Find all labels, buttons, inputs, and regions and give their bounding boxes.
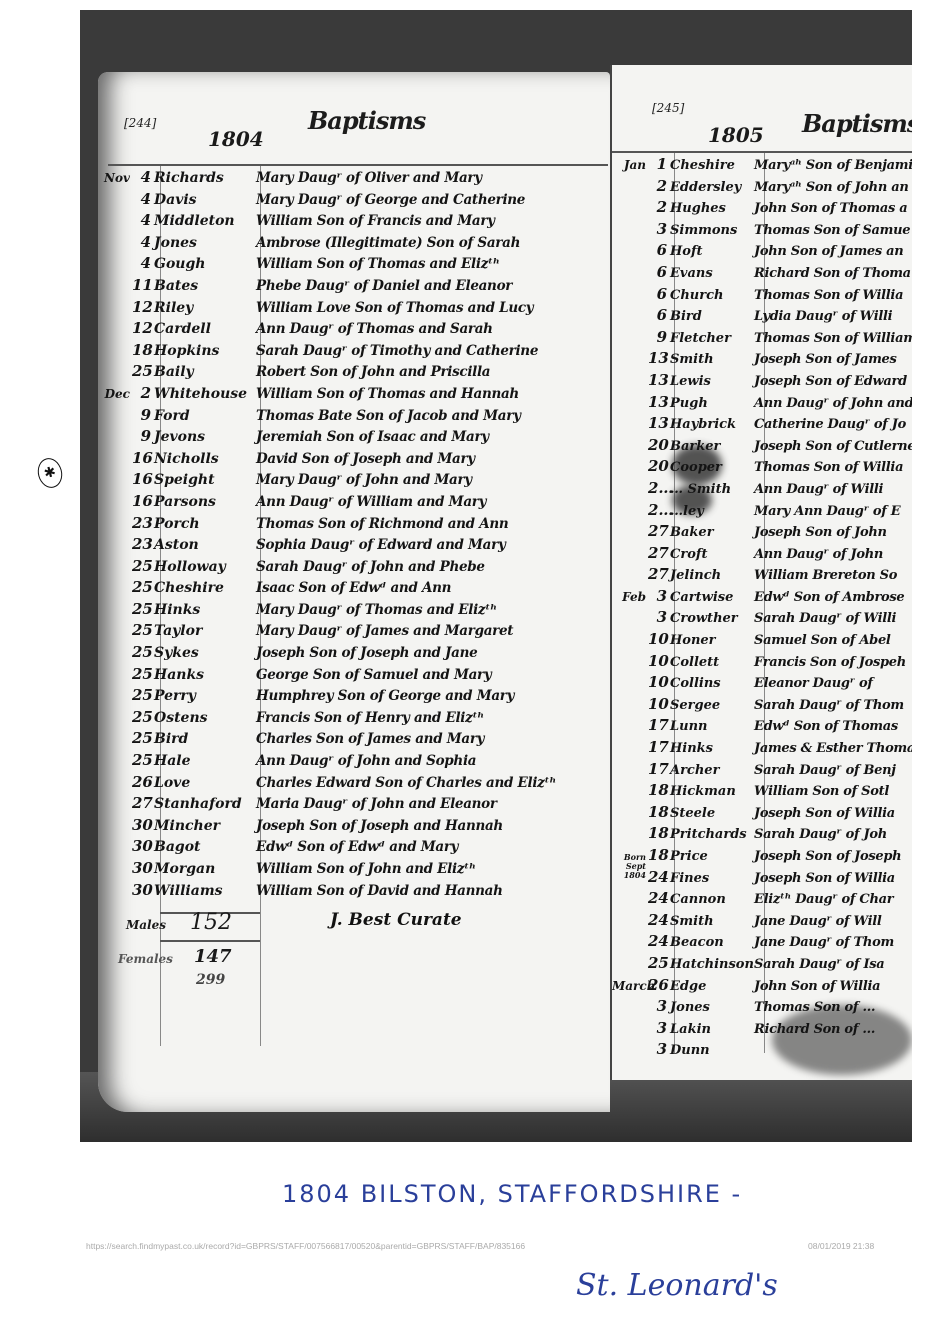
right-page: [245] 1805 Baptisms Jan1CheshireMaryᵃʰ S… <box>610 65 912 1080</box>
parish-annotation: St. Leonard's <box>576 1268 778 1303</box>
register-entry: 13PughAnn Daugʳ of John and <box>612 393 912 415</box>
register-entry: 4DavisMary Daugʳ of George and Catherine <box>98 190 556 212</box>
register-entry: 13HaybrickCatherine Daugʳ of Jo <box>612 414 912 436</box>
register-entry: 2…… SmithAnn Daugʳ of Willi <box>612 479 912 501</box>
register-entry: 3SimmonsThomas Son of Samue <box>612 220 912 242</box>
grand-total: 299 <box>196 972 225 988</box>
register-entry: 18HickmanWilliam Son of Sotl <box>612 781 912 803</box>
register-entry: 26LoveCharles Edward Son of Charles and … <box>98 773 556 795</box>
register-entry: Dec2WhitehouseWilliam Son of Thomas and … <box>98 384 556 406</box>
register-entry: 3JonesThomas Son of … <box>612 997 912 1019</box>
register-entry: 12CardellAnn Daugʳ of Thomas and Sarah <box>98 319 556 341</box>
register-entry: 6BirdLydia Daugʳ of Willi <box>612 306 912 328</box>
register-entry: 30WilliamsWilliam Son of David and Hanna… <box>98 881 556 903</box>
register-entry: 30BagotEdwᵈ Son of Edwᵈ and Mary <box>98 837 556 859</box>
register-entry: 27JelinchWilliam Brereton So <box>612 565 912 587</box>
register-entry: 17ArcherSarah Daugʳ of Benj <box>612 760 912 782</box>
register-entry: 23PorchThomas Son of Richmond and Ann <box>98 514 556 536</box>
register-entry: 25OstensFrancis Son of Henry and Elizᵗʰ <box>98 708 556 730</box>
place-annotation: 1804 BILSTON, STAFFORDSHIRE - <box>282 1180 742 1208</box>
register-entry: 25HinksMary Daugʳ of Thomas and Elizᵗʰ <box>98 600 556 622</box>
females-label: Females <box>118 952 173 966</box>
register-entry: 25TaylorMary Daugʳ of James and Margaret <box>98 621 556 643</box>
left-entries: Nov4RichardsMary Daugʳ of Oliver and Mar… <box>98 168 556 902</box>
register-entry: 17HinksJames & Esther Thomas Son <box>612 738 912 760</box>
register-entry: 10CollettFrancis Son of Jospeh <box>612 652 912 674</box>
register-entry: 25BailyRobert Son of John and Priscilla <box>98 362 556 384</box>
right-page-year: 1805 <box>708 123 764 147</box>
asterisk-circle-icon: ✱ <box>35 455 66 490</box>
register-entry: 6HoftJohn Son of James an <box>612 241 912 263</box>
print-datetime: 08/01/2019 21:38 <box>808 1241 874 1251</box>
register-entry: Feb3CartwiseEdwᵈ Son of Ambrose <box>612 587 912 609</box>
register-entry: 24BeaconJane Daugʳ of Thom <box>612 932 912 954</box>
register-entry: Nov4RichardsMary Daugʳ of Oliver and Mar… <box>98 168 556 190</box>
register-entry: 20CooperThomas Son of Willia <box>612 457 912 479</box>
left-page: [244] 1804 Baptisms Nov4RichardsMary Dau… <box>98 72 610 1112</box>
curate-signature: J. Best Curate <box>330 910 462 930</box>
register-entry: 16NichollsDavid Son of Joseph and Mary <box>98 449 556 471</box>
source-url: https://search.findmypast.co.uk/record?i… <box>86 1241 525 1251</box>
register-entry: 24FinesJoseph Son of Willia <box>612 868 912 890</box>
register-entry: 23AstonSophia Daugʳ of Edward and Mary <box>98 535 556 557</box>
females-total: 147 <box>194 946 232 967</box>
register-entry: 27BakerJoseph Son of John <box>612 522 912 544</box>
register-entry: 20BarkerJoseph Son of Cutlerne <box>612 436 912 458</box>
register-entry: 3LakinRichard Son of … <box>612 1019 912 1041</box>
register-entry: 9FletcherThomas Son of William <box>612 328 912 350</box>
left-page-heading: Baptisms <box>308 106 425 135</box>
register-entry: 27StanhafordMaria Daugʳ of John and Elea… <box>98 794 556 816</box>
register-entry: 2EddersleyMaryᵃʰ Son of John an <box>612 177 912 199</box>
register-entry: 25HaleAnn Daugʳ of John and Sophia <box>98 751 556 773</box>
register-entry: 27CroftAnn Daugʳ of John <box>612 544 912 566</box>
left-page-year: 1804 <box>208 127 264 151</box>
register-scan: [244] 1804 Baptisms Nov4RichardsMary Dau… <box>80 10 912 1142</box>
register-entry: 13LewisJoseph Son of Edward <box>612 371 912 393</box>
register-entry: 30MorganWilliam Son of John and Elizᵗʰ <box>98 859 556 881</box>
males-label: Males <box>126 918 166 932</box>
register-entry: 12RileyWilliam Love Son of Thomas and Lu… <box>98 298 556 320</box>
register-entry: 4MiddletonWilliam Son of Francis and Mar… <box>98 211 556 233</box>
register-entry: Born Sept 180418PriceJoseph Son of Josep… <box>612 846 912 868</box>
register-entry: 2……leyMary Ann Daugʳ of E <box>612 501 912 523</box>
register-entry: 24CannonElizᵗʰ Daugʳ of Char <box>612 889 912 911</box>
males-total: 152 <box>190 910 232 935</box>
register-entry: 10HonerSamuel Son of Abel <box>612 630 912 652</box>
register-entry: 6EvansRichard Son of Thoma <box>612 263 912 285</box>
register-entry: 16ParsonsAnn Daugʳ of William and Mary <box>98 492 556 514</box>
register-entry: 6ChurchThomas Son of Willia <box>612 285 912 307</box>
register-entry: March26EdgeJohn Son of Willia <box>612 976 912 998</box>
register-entry: 18HopkinsSarah Daugʳ of Timothy and Cath… <box>98 341 556 363</box>
register-entry: 18SteeleJoseph Son of Willia <box>612 803 912 825</box>
register-entry: 9FordThomas Bate Son of Jacob and Mary <box>98 406 556 428</box>
right-entries: Jan1CheshireMaryᵃʰ Son of Benjamin 2Edde… <box>612 155 912 1062</box>
register-entry: 4JonesAmbrose (Illegitimate) Son of Sara… <box>98 233 556 255</box>
register-entry: 10SergeeSarah Daugʳ of Thom <box>612 695 912 717</box>
register-entry: Jan1CheshireMaryᵃʰ Son of Benjamin <box>612 155 912 177</box>
register-entry: 30MincherJoseph Son of Joseph and Hannah <box>98 816 556 838</box>
register-entry: 25CheshireIsaac Son of Edwᵈ and Ann <box>98 578 556 600</box>
register-entry: 25HollowaySarah Daugʳ of John and Phebe <box>98 557 556 579</box>
register-entry: 16SpeightMary Daugʳ of John and Mary <box>98 470 556 492</box>
header-rule <box>108 164 608 166</box>
right-page-number: [245] <box>652 101 684 115</box>
register-entry: 2HughesJohn Son of Thomas a <box>612 198 912 220</box>
register-entry: 25BirdCharles Son of James and Mary <box>98 729 556 751</box>
register-entry: 13SmithJoseph Son of James <box>612 349 912 371</box>
register-entry: 3Dunn <box>612 1040 912 1062</box>
register-entry: 25HatchinsonSarah Daugʳ of Isa <box>612 954 912 976</box>
register-entry: 10CollinsEleanor Daugʳ of <box>612 673 912 695</box>
left-page-number: [244] <box>124 116 156 130</box>
totals-rule-2 <box>160 940 260 942</box>
register-entry: 9JevonsJeremiah Son of Isaac and Mary <box>98 427 556 449</box>
register-entry: 11BatesPhebe Daugʳ of Daniel and Eleanor <box>98 276 556 298</box>
right-page-heading: Baptisms <box>802 109 912 138</box>
register-entry: 25PerryHumphrey Son of George and Mary <box>98 686 556 708</box>
register-entry: 18PritchardsSarah Daugʳ of Joh <box>612 824 912 846</box>
register-entry: 17LunnEdwᵈ Son of Thomas <box>612 716 912 738</box>
register-entry: 4GoughWilliam Son of Thomas and Elizᵗʰ <box>98 254 556 276</box>
register-entry: 3CrowtherSarah Daugʳ of Willi <box>612 608 912 630</box>
header-rule <box>612 151 912 153</box>
register-entry: 24SmithJane Daugʳ of Will <box>612 911 912 933</box>
register-entry: 25SykesJoseph Son of Joseph and Jane <box>98 643 556 665</box>
register-entry: 25HanksGeorge Son of Samuel and Mary <box>98 665 556 687</box>
